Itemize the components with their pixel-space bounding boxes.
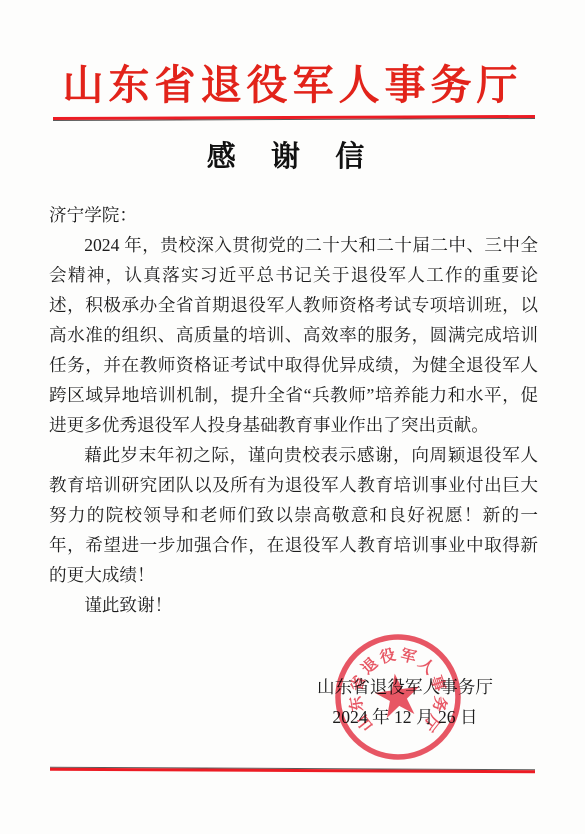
svg-text:军: 军 (399, 646, 419, 667)
svg-text:人: 人 (415, 654, 439, 678)
closing-line: 谨此致谢！ (49, 590, 538, 620)
svg-text:东: 东 (345, 694, 366, 713)
svg-text:役: 役 (377, 645, 398, 668)
body-paragraph-1: 2024 年，贵校深入贯彻党的二十大和二十届二中、三中全会精神，认真落实习近平总… (49, 230, 538, 440)
svg-text:省: 省 (347, 673, 369, 694)
svg-text:务: 务 (429, 695, 450, 714)
body-paragraph-2: 藉此岁末年初之际，谨向贵校表示感谢，向周颖退役军人教育培训研究团队以及所有为退役… (49, 440, 538, 590)
letterhead-divider-rule (53, 115, 535, 121)
svg-text:事: 事 (427, 673, 449, 694)
letter-body: 济宁学院： 2024 年，贵校深入贯彻党的二十大和二十届二中、三中全会精神，认真… (49, 200, 538, 620)
svg-text:厅: 厅 (419, 710, 444, 734)
official-seal: 山东省退役军人事务厅 (327, 626, 469, 768)
svg-text:山: 山 (353, 711, 377, 734)
seal-star-icon (372, 671, 422, 720)
svg-text:退: 退 (358, 654, 382, 678)
letter-title: 感 谢 信 (0, 134, 585, 175)
salutation: 济宁学院： (49, 200, 538, 230)
letterhead-org-title: 山东省退役军人事务厅 (0, 52, 585, 111)
letter-page: 山东省退役军人事务厅 感 谢 信 济宁学院： 2024 年，贵校深入贯彻党的二十… (0, 0, 585, 834)
